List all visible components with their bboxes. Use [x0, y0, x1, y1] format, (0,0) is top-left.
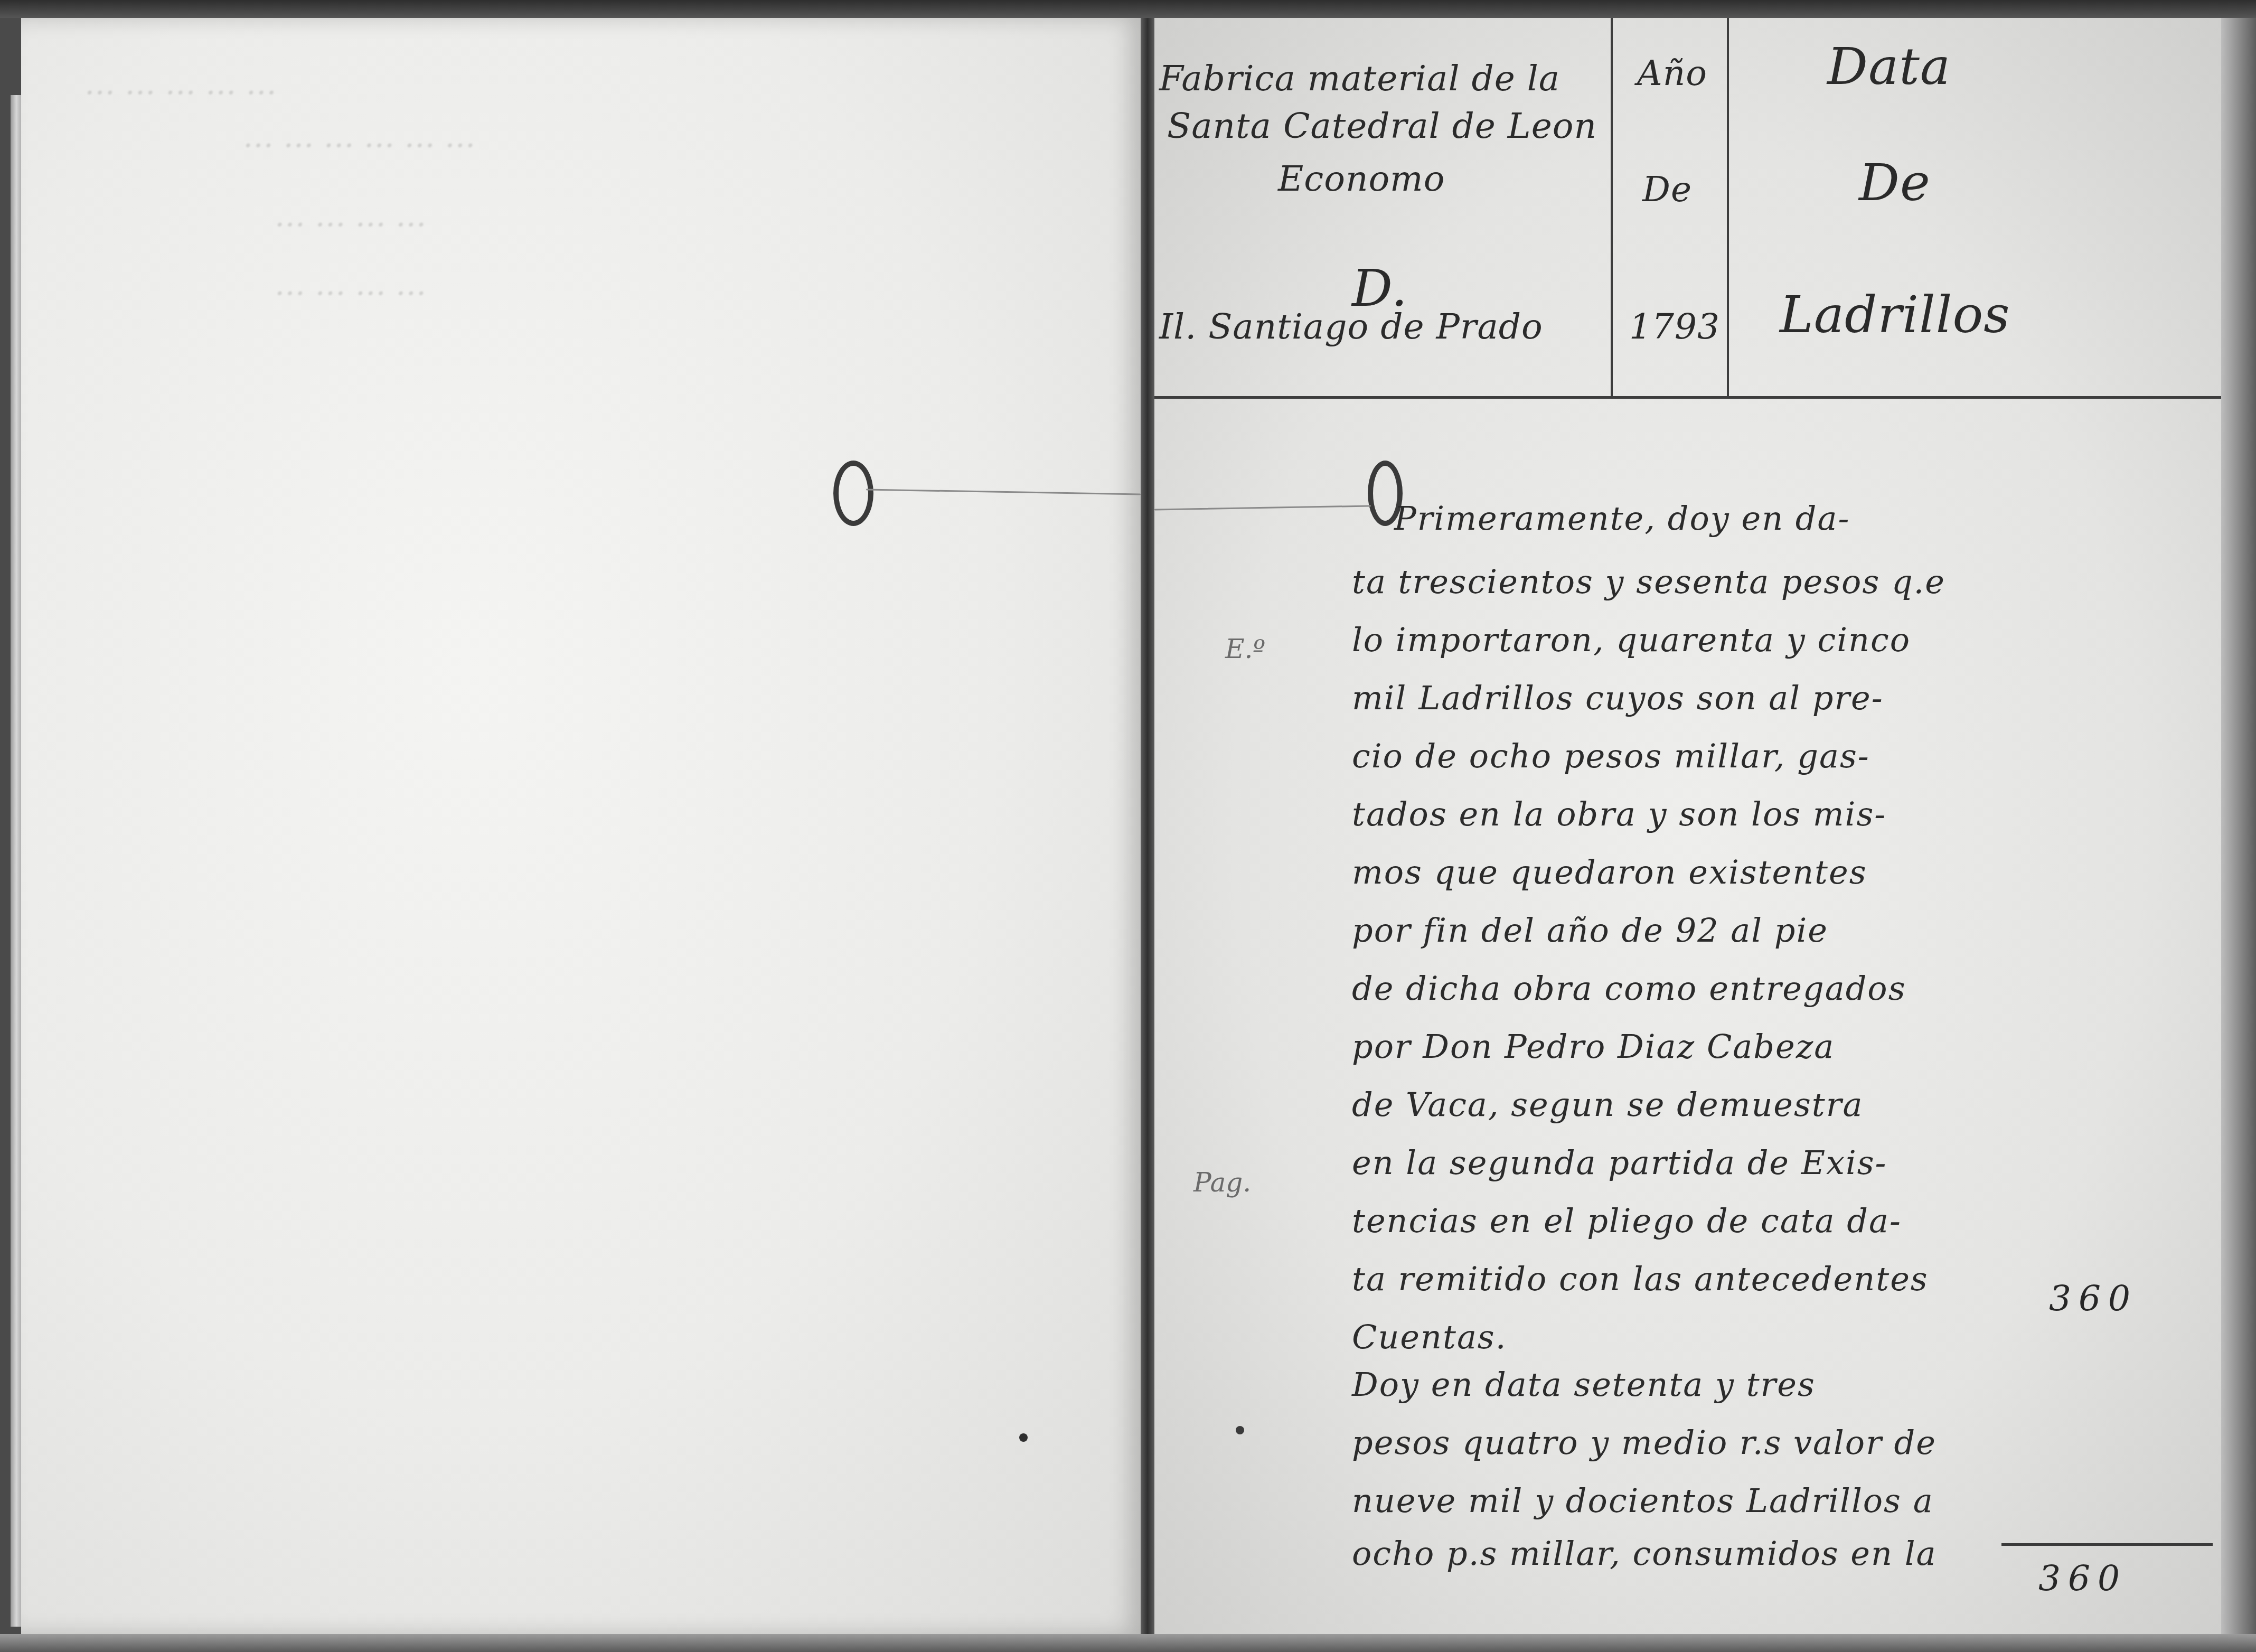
entry-1-line-2: ta trescientos y sesenta pesos q.e [1352, 562, 1945, 601]
entry-1-line-9: de dicha obra como entregados [1352, 969, 1906, 1008]
bleed-through-line: … … … … … … [243, 118, 475, 154]
entry-1-line-3: lo importaron, quarenta y cinco [1352, 621, 1911, 659]
header-title-line-2: Santa Catedral de Leon [1167, 106, 1597, 146]
bleed-through-line: … … … … [275, 266, 426, 302]
entry-1-line-14: ta remitido con las antecedentes [1352, 1260, 1929, 1298]
header-column-divider [1611, 18, 1613, 398]
scanner-bottom-edge [0, 1634, 2256, 1652]
entry-1-line-1: Primeramente, doy en da- [1394, 499, 1850, 538]
header-title-line-1: Fabrica material de la [1159, 58, 1560, 99]
entry-2-line-4: ocho p.s millar, consumidos en la [1352, 1534, 1937, 1573]
entry-1-line-8: por fin del año de 92 al pie [1352, 911, 1828, 950]
entry-1-line-12: en la segunda partida de Exis- [1352, 1143, 1887, 1182]
entry-1-line-13: tencias en el pliego de cata da- [1352, 1202, 1902, 1240]
ink-spot [1236, 1426, 1244, 1434]
left-page-edge [11, 95, 22, 1627]
right-page-edge [2221, 18, 2256, 1652]
entry-2-line-1: Doy en data setenta y tres [1352, 1365, 1816, 1404]
entry-1-line-10: por Don Pedro Diaz Cabeza [1352, 1027, 1835, 1066]
entry-1-line-11: de Vaca, segun se demuestra [1352, 1085, 1863, 1124]
header-year-label: Año [1637, 53, 1707, 93]
header-year-de: De [1642, 169, 1692, 210]
margin-note: Pag. [1193, 1167, 1251, 1198]
header-data-de: De [1859, 153, 1931, 212]
header-title-line-3: Economo [1278, 158, 1445, 199]
header-bottom-rule [1154, 396, 2221, 399]
header-data-subject: Ladrillos [1780, 285, 2010, 344]
left-page: … … … … … … … … … … … … … … … … … … … [21, 18, 1146, 1634]
header-title-line-5: Il. Santiago de Prado [1159, 306, 1543, 347]
margin-note: E.º [1225, 634, 1265, 664]
entry-2-line-3: nueve mil y docientos Ladrillos a [1352, 1481, 1934, 1520]
binding-ring-left [833, 461, 873, 526]
ink-spot [1019, 1433, 1028, 1442]
entry-1-line-4: mil Ladrillos cuyos son al pre- [1352, 679, 1884, 717]
total-rule [2001, 1543, 2213, 1546]
ledger-spread: … … … … … … … … … … … … … … … … … … … Fa… [0, 0, 2256, 1652]
entry-1-line-7: mos que quedaron existentes [1352, 853, 1867, 891]
entry-1-amount: 360 [2049, 1278, 2138, 1319]
bleed-through-line: … … … … … [84, 65, 277, 101]
book-gutter [1141, 18, 1154, 1652]
entry-2-line-2: pesos quatro y medio r.s valor de [1352, 1423, 1937, 1462]
header-year-value: 1793 [1629, 306, 1720, 347]
scanner-top-edge [0, 0, 2256, 18]
entry-1-line-5: cio de ocho pesos millar, gas- [1352, 737, 1870, 775]
page-total: 360 [2038, 1558, 2127, 1599]
entry-1-line-15: Cuentas. [1352, 1318, 1507, 1356]
header-column-divider [1727, 18, 1729, 398]
entry-1-line-6: tados en la obra y son los mis- [1352, 795, 1886, 833]
bleed-through-line: … … … … [275, 198, 426, 233]
header-data-label: Data [1827, 37, 1951, 96]
